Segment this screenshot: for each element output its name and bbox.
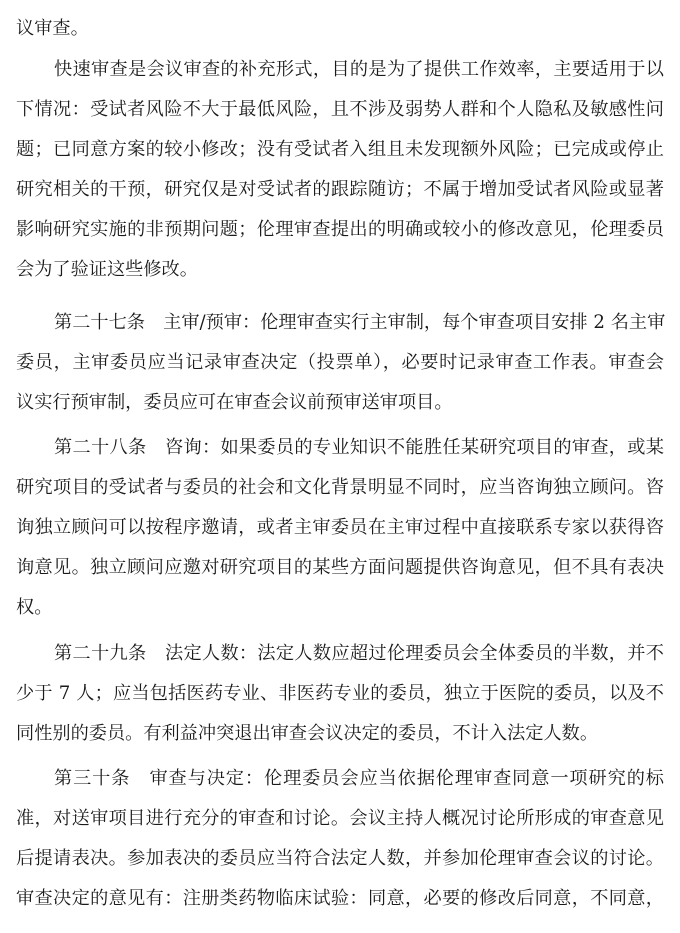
paragraph-line: 议审查。	[16, 16, 664, 42]
paragraph-line: 下情况：受试者风险不大于最低风险，且不涉及弱势人群和个人隐私及敏感性问	[16, 97, 664, 123]
paragraph-line: 研究相关的干预，研究仅是对受试者的跟踪随访；不属于增加受试者风险或显著	[16, 177, 664, 203]
paragraph-line: 权。	[16, 595, 664, 621]
paragraph-first-line: 第二十七条 主审/预审：伦理审查实行主审制，每个审查项目安排 2 名主审	[54, 310, 664, 336]
paragraph-first-line: 第三十条 审查与决定：伦理委员会应当依据伦理审查同意一项研究的标	[54, 766, 664, 792]
paragraph-line: 审查决定的意见有：注册类药物临床试验：同意，必要的修改后同意，不同意，	[16, 886, 664, 912]
paragraph-line: 后提请表决。参加表决的委员应当符合法定人数，并参加伦理审查会议的讨论。	[16, 846, 664, 872]
paragraph-line: 影响研究实施的非预期问题；伦理审查提出的明确或较小的修改意见，伦理委员	[16, 217, 664, 243]
paragraph-line: 会为了验证这些修改。	[16, 257, 664, 283]
paragraph-line: 议实行预审制，委员应可在审查会议前预审送审项目。	[16, 390, 664, 416]
paragraph-first-line: 第二十八条 咨询：如果委员的专业知识不能胜任某研究项目的审查，或某	[54, 435, 664, 461]
paragraph-first-line: 第二十九条 法定人数：法定人数应超过伦理委员会全体委员的半数，并不	[54, 641, 664, 667]
document-page: 议审查。快速审查是会议审查的补充形式，目的是为了提供工作效率，主要适用于以下情况…	[0, 0, 680, 933]
paragraph-first-line: 快速审查是会议审查的补充形式，目的是为了提供工作效率，主要适用于以	[54, 57, 664, 83]
paragraph-line: 题；已同意方案的较小修改；没有受试者入组且未发现额外风险；已完成或停止	[16, 137, 664, 163]
paragraph-line: 同性别的委员。有利益冲突退出审查会议决定的委员，不计入法定人数。	[16, 721, 664, 747]
paragraph-line: 少于 7 人；应当包括医药专业、非医药专业的委员，独立于医院的委员，以及不	[16, 681, 664, 707]
paragraph-line: 询独立顾问可以按程序邀请，或者主审委员在主审过程中直接联系专家以获得咨	[16, 515, 664, 541]
paragraph-line: 准，对送审项目进行充分的审查和讨论。会议主持人概况讨论所形成的审查意见	[16, 806, 664, 832]
paragraph-line: 委员，主审委员应当记录审查决定（投票单），必要时记录审查工作表。审查会	[16, 350, 664, 376]
paragraph-line: 研究项目的受试者与委员的社会和文化背景明显不同时，应当咨询独立顾问。咨	[16, 475, 664, 501]
paragraph-line: 询意见。独立顾问应邀对研究项目的某些方面问题提供咨询意见，但不具有表决	[16, 555, 664, 581]
